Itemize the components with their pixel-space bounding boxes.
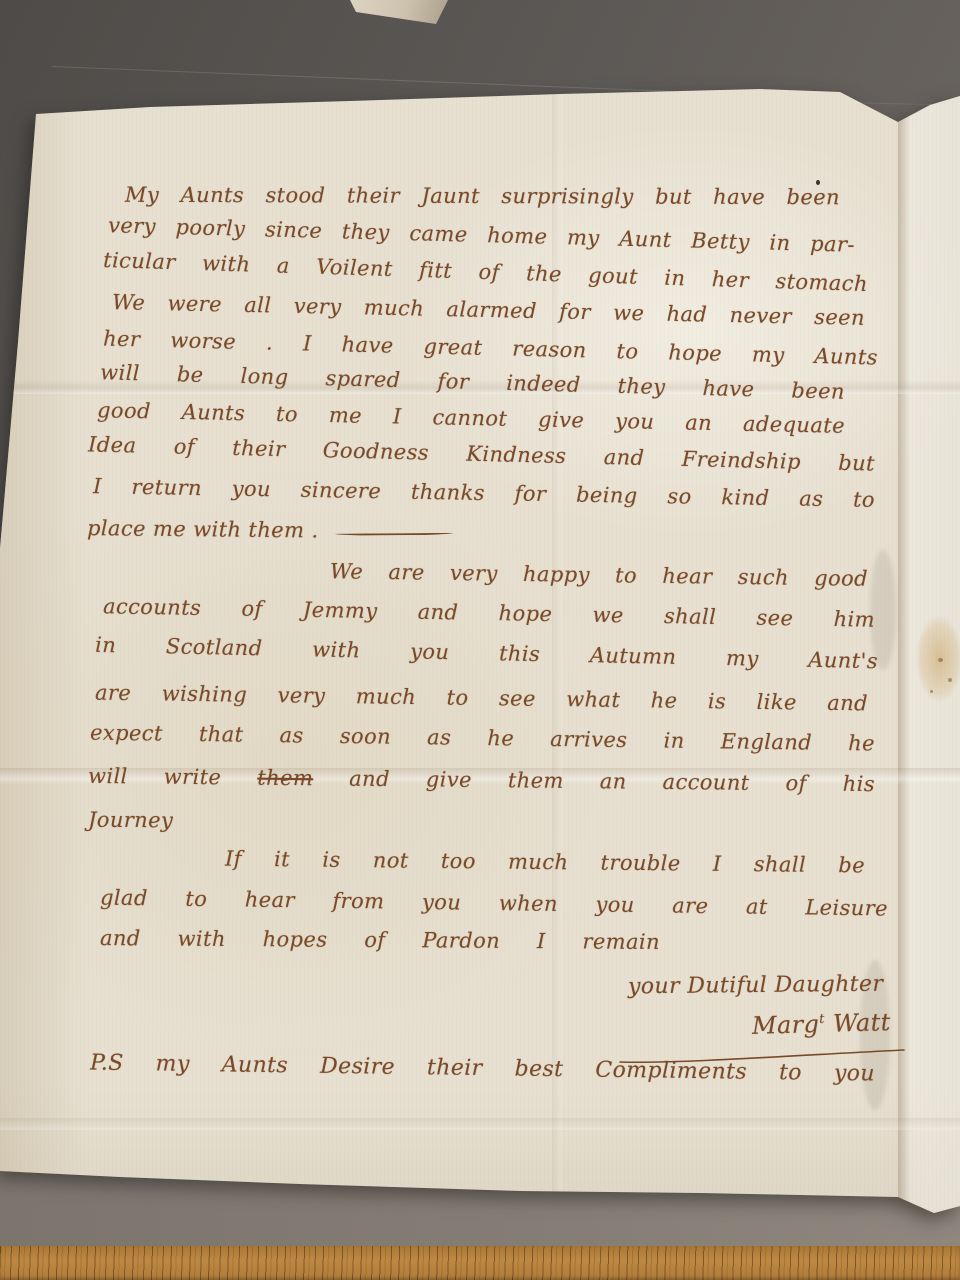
letter-line: in Scotland with you this Autumn my Aunt… [95,635,878,672]
letter-line: very poorly since they came home my Aunt… [108,215,855,256]
letter-line: ticular with a Voilent fitt of the gout … [103,250,868,295]
letter-photo: My Aunts stood their Jaunt surprisingly … [0,80,960,1220]
letter-line: If it is not too much trouble I shall be [225,849,865,877]
letter-line: accounts of Jemmy and hope we shall see … [103,596,875,630]
strikethrough-word: them [257,766,313,791]
letter-line: I return you sincere thanks for being so… [93,476,875,511]
letter-line: are wishing very much to see what he is … [95,683,868,715]
wood-floor [0,1246,960,1280]
fold-crease-horizontal [0,1118,960,1130]
letter-line: will be long spared for indeed they have… [100,362,845,402]
letter-line: expect that as soon as he arrives in Eng… [90,723,875,755]
letter-line: place me with them . [87,518,453,543]
water-stain [908,600,960,730]
letter-line: and with hopes of Pardon I remain [100,928,660,953]
letter-line: will write them and give them an account… [88,766,875,795]
letter-line: good Aunts to me I cannot give you an ad… [97,400,845,437]
letter-line: Idea of their Goodness Kindness and Frei… [88,434,875,474]
paper-fragment-corner [348,0,450,26]
letter-line: Journey [88,810,173,832]
signature: Margt Watt [752,1010,891,1038]
closing-line: your Dutiful Daughter [628,974,884,999]
ink-dash [335,530,453,536]
letter-paper: My Aunts stood their Jaunt surprisingly … [0,80,960,1220]
letter-line: We are very happy to hear such good [330,561,868,590]
letter-line: My Aunts stood their Jaunt surprisingly … [125,185,840,208]
letter-line: glad to hear from you when you are at Le… [100,887,888,919]
letter-line: We were all very much alarmed for we had… [112,292,865,329]
